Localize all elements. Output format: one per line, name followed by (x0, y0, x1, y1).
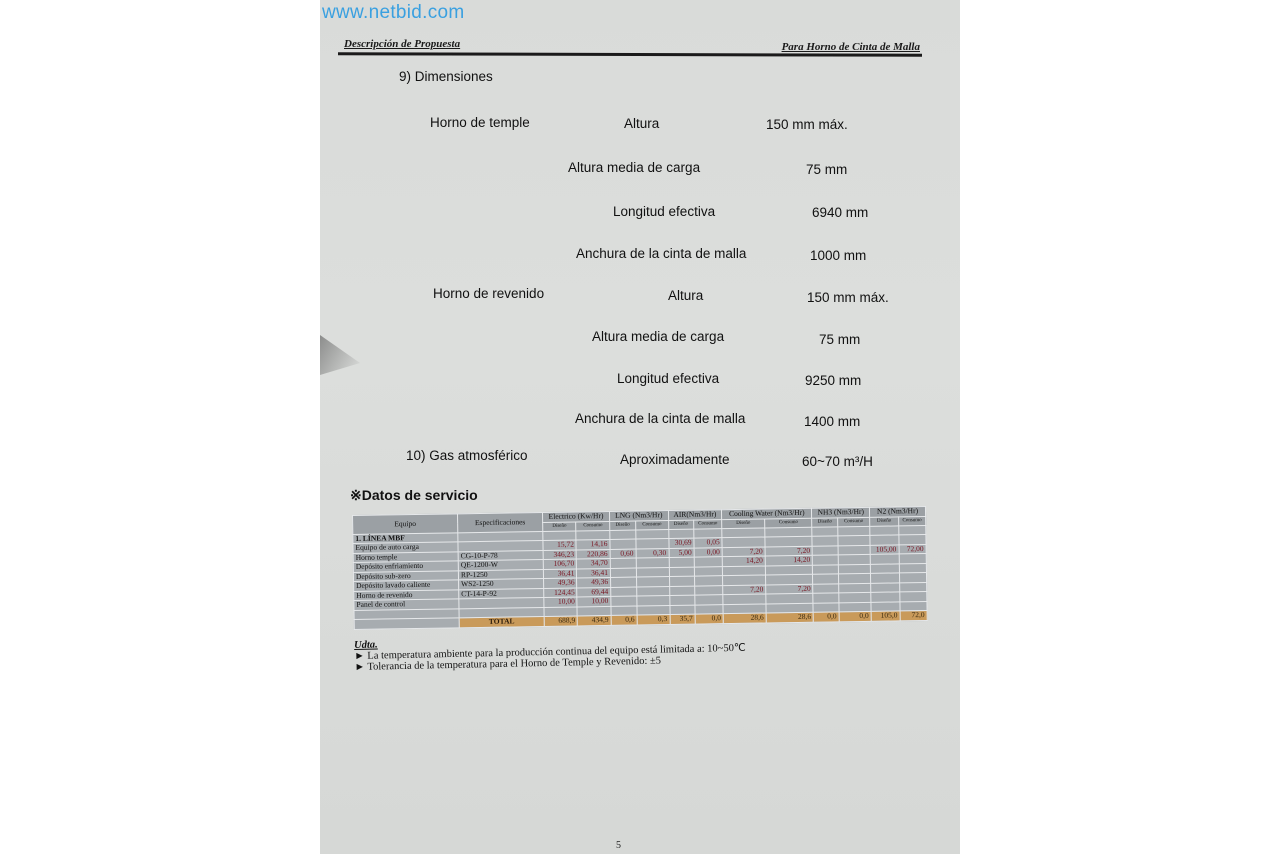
value-cell: 106,70 (543, 559, 577, 569)
dim-value: 75 mm (806, 162, 847, 177)
gas-value: 60~70 m³/H (802, 454, 873, 469)
value-cell (669, 557, 695, 567)
dim-label: Longitud efectiva (613, 204, 715, 219)
document-page: www.netbid.com Descripción de Propuesta … (320, 0, 960, 854)
sub-col-design: Diseño (668, 520, 694, 529)
total-cell: 28,6 (723, 613, 766, 623)
value-cell (838, 535, 870, 545)
value-cell: 0,00 (694, 547, 722, 557)
value-cell (694, 557, 722, 567)
value-cell (669, 586, 695, 596)
page-number: 5 (616, 840, 621, 851)
service-table-wrap: Equipo Especificaciones Electrico (Kw/Hr… (352, 506, 928, 630)
value-cell: 14,16 (576, 539, 610, 549)
group-name: Horno de temple (430, 115, 530, 130)
value-cell (813, 555, 839, 565)
value-cell (899, 582, 926, 592)
value-cell (695, 595, 723, 605)
value-cell: 34,70 (577, 558, 611, 568)
value-cell (610, 558, 636, 568)
col-specs: Especificaciones (457, 513, 542, 533)
value-cell (610, 539, 636, 549)
total-cell: 688,9 (544, 616, 578, 626)
value-cell (838, 564, 870, 574)
value-cell (870, 554, 899, 564)
dim-value: 6940 mm (812, 205, 868, 220)
value-cell (899, 572, 926, 582)
value-cell: 105,00 (870, 544, 899, 554)
value-cell (812, 536, 838, 546)
value-cell (839, 583, 871, 593)
service-table: Equipo Especificaciones Electrico (Kw/Hr… (352, 506, 928, 630)
value-cell (838, 545, 870, 555)
total-cell: 28,6 (766, 612, 814, 622)
value-cell (695, 576, 723, 586)
total-cell: 0,6 (611, 615, 637, 625)
value-cell (636, 577, 669, 587)
value-cell: 0,60 (610, 549, 636, 559)
total-cell: 72,0 (900, 610, 927, 620)
col-group: NH3 (Nm3/Hr) (812, 507, 870, 517)
sub-col-design: Diseño (870, 516, 899, 525)
value-cell (637, 586, 670, 596)
value-cell (637, 596, 670, 606)
dim-label: Altura (668, 288, 703, 303)
value-cell (839, 592, 871, 602)
dim-label: Anchura de la cinta de malla (576, 246, 746, 261)
value-cell (838, 573, 870, 583)
blank-cell (354, 618, 459, 629)
value-cell: 0,05 (694, 538, 722, 548)
dim-value: 1000 mm (810, 248, 866, 263)
total-cell: 0,0 (839, 611, 871, 621)
value-cell (695, 585, 723, 595)
sub-col-design: Diseño (610, 521, 636, 530)
dim-label: Longitud efectiva (617, 371, 719, 386)
value-cell (870, 535, 899, 545)
total-cell: 105,0 (871, 611, 900, 621)
value-cell (636, 539, 669, 549)
value-cell (871, 573, 900, 583)
value-cell (870, 563, 899, 573)
value-cell (813, 583, 839, 593)
dim-label: Altura media de carga (592, 329, 724, 344)
dim-value: 75 mm (819, 332, 860, 347)
total-label: TOTAL (459, 616, 544, 627)
value-cell (669, 595, 695, 605)
dim-label: Altura media de carga (568, 160, 700, 175)
value-cell: 15,72 (543, 540, 577, 550)
dim-value: 1400 mm (804, 414, 860, 429)
value-cell (669, 567, 695, 577)
col-equipo: Equipo (353, 514, 458, 534)
value-cell: 7,20 (766, 584, 814, 594)
value-cell (636, 558, 669, 568)
value-cell (694, 566, 722, 576)
total-cell: 0,0 (695, 614, 723, 624)
value-cell (899, 563, 926, 573)
value-cell: 49,36 (544, 578, 578, 588)
value-cell (871, 592, 900, 602)
value-cell: 49,36 (577, 577, 611, 587)
dim-value: 150 mm máx. (766, 117, 848, 132)
value-cell: 10,00 (544, 597, 578, 607)
col-group: LNG (Nm3/Hr) (609, 511, 668, 521)
total-cell: 0,0 (814, 612, 840, 622)
value-cell (610, 568, 636, 578)
total-cell: 434,9 (578, 615, 612, 625)
dim-value: 150 mm máx. (807, 290, 889, 305)
col-group: AIR(Nm3/Hr) (668, 510, 722, 520)
dim-label: Anchura de la cinta de malla (575, 411, 745, 426)
col-group: N2 (Nm3/Hr) (870, 506, 926, 516)
value-cell (899, 553, 926, 563)
total-cell: 35,7 (670, 614, 696, 624)
notes: Udta. ► La temperatura ambiente para la … (354, 632, 746, 673)
value-cell (871, 582, 900, 592)
value-cell (636, 567, 669, 577)
header-left: Descripción de Propuesta (344, 38, 460, 50)
value-cell (611, 587, 637, 597)
service-title: ※Datos de servicio (350, 487, 478, 504)
dim-value: 9250 mm (805, 373, 861, 388)
value-cell (813, 564, 839, 574)
header-right: Para Horno de Cinta de Malla (782, 41, 920, 53)
watermark: www.netbid.com (322, 2, 465, 24)
gas-title: 10) Gas atmosférico (406, 448, 528, 463)
value-cell: 0,30 (636, 548, 669, 558)
value-cell: 14,20 (765, 555, 813, 565)
sub-col-design: Diseño (812, 517, 838, 526)
value-cell (812, 545, 838, 555)
value-cell (813, 593, 839, 603)
dim-label: Altura (624, 116, 659, 131)
group-name: Horno de revenido (433, 286, 544, 301)
header-rule (338, 52, 922, 57)
value-cell (611, 596, 637, 606)
sub-col-consumo: Consumo (694, 519, 722, 528)
value-cell: 5,00 (669, 548, 695, 558)
value-cell: 72,00 (899, 544, 926, 554)
gas-label: Aproximadamente (620, 452, 730, 467)
value-cell (838, 554, 870, 564)
value-cell: 10,00 (577, 596, 611, 606)
value-cell (813, 574, 839, 584)
dimensions-title: 9) Dimensiones (399, 69, 493, 84)
value-cell (669, 576, 695, 586)
value-cell: 30,69 (668, 538, 694, 548)
total-cell: 0,3 (637, 615, 670, 625)
value-cell (610, 577, 636, 587)
value-cell: 7,20 (723, 585, 766, 595)
sub-col-consumo: Consumo (898, 516, 925, 525)
value-cell (900, 591, 927, 601)
value-cell (899, 534, 926, 544)
value-cell: 14,20 (722, 556, 765, 566)
